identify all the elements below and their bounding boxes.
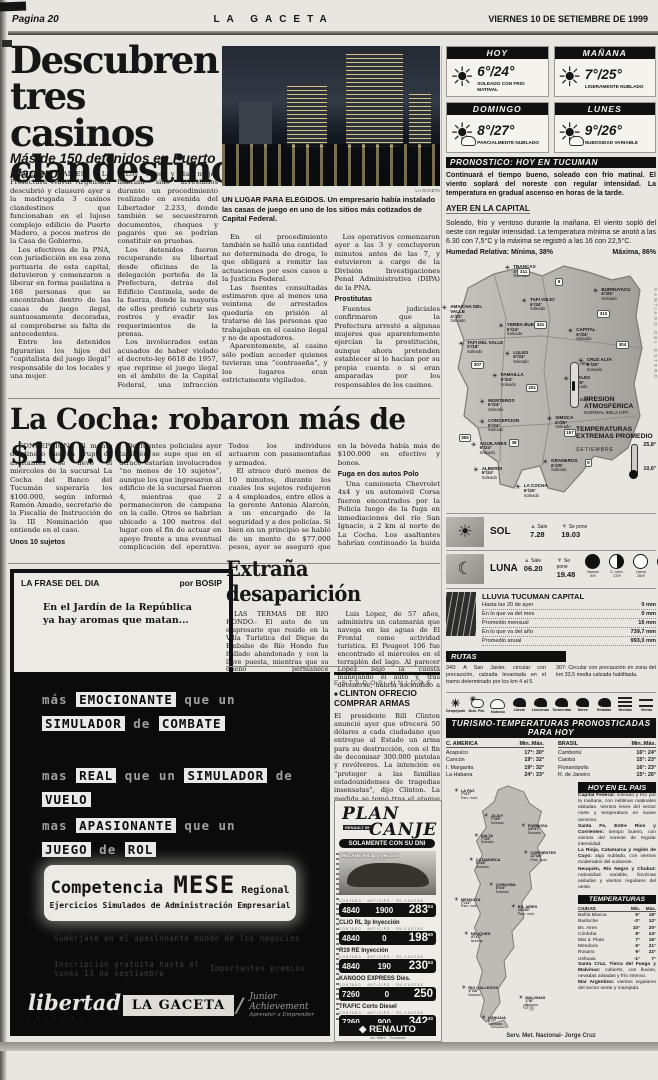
route-badge: 310 — [597, 310, 610, 318]
price-columns-microtext: CONTADO · ANTICIPO · EN CUOTAS — [339, 983, 436, 987]
forecast-card: MAÑANA ☀ 7°/25° LIGERAMENTE NUBLADO — [554, 46, 657, 97]
ayer-header: AYER EN LA CAPITAL — [446, 204, 530, 214]
sun-icon: ☀ — [521, 824, 526, 830]
forecast-condition: SOLEADO CON FRIO MATINAL — [477, 81, 544, 93]
forecast-temp: 9°/26° — [585, 123, 622, 138]
page-number: Pagina 20 — [12, 14, 59, 25]
temps-row: Bariloche-2°12° — [578, 918, 656, 924]
weather-icon — [555, 698, 568, 707]
renault-advertisement[interactable]: PLAN CANJE RENAULT 99 SOLAMENTE CON SU D… — [334, 800, 442, 1042]
forecast-temp: 7°/25° — [585, 67, 622, 82]
country-forecast-section: ☀ LA PAZ 7°/17° Parc. nubl. ☀ JUJUY 7°/2… — [446, 782, 656, 1028]
weather-column: HOY ☀ 6°/24° SOLEADO CON FRIO MATINAL MA… — [446, 46, 656, 1039]
sun-icon: ☀ — [484, 814, 489, 820]
price-bar: 7260 0 250 — [339, 987, 436, 1001]
moon-phase-icon — [633, 554, 648, 569]
legend-item: Viento — [637, 697, 656, 714]
sun-icon: ☀ — [546, 416, 552, 423]
ayer-text: Soleado, frío y ventoso durante la mañan… — [446, 219, 656, 246]
rain-photo-icon — [446, 592, 476, 636]
route-badge: 311 — [517, 268, 529, 276]
forecast-condition: PARCIALMENTE NUBLADO — [477, 140, 539, 146]
sun-icon: ☀ — [521, 298, 527, 305]
temps-row: Córdoba8°24° — [578, 931, 656, 937]
weather-icon — [618, 697, 632, 707]
brief-headline: CLINTON OFRECIO COMPRAR ARMAS — [334, 689, 440, 709]
section-rule — [8, 398, 440, 399]
price-bar: 4840 0 19860 — [339, 931, 436, 945]
price-rows: CONTADO · ANTICIPO · EN CUOTAS 4840 1900… — [339, 897, 436, 1029]
country-forecast-paragraphs: Capital Federal: soleado y frío por la m… — [578, 793, 656, 891]
ja-slash-icon: / — [236, 994, 243, 1017]
tourism-row: I. Margarita19°: 32° — [446, 763, 544, 771]
pronostico-text: Continuará el tiempo bueno, soleado con … — [446, 171, 656, 198]
ad-faint-line: Inscripción gratuita hasta el lunes 13 d… — [54, 960, 204, 978]
quote-box-header: LA FRASE DEL DIA por BOSIP — [21, 578, 222, 588]
cocha-body-columns: CONCEPCION.- El monto de dinero que un g… — [10, 442, 440, 559]
legend-item: Nieve — [573, 697, 592, 714]
tourism-row: La Habana24°: 33° — [446, 771, 544, 779]
article-paragraph: Las fuentes consultadas estimaron que al… — [222, 284, 328, 343]
article-paragraph: Prostitutas — [335, 295, 441, 304]
weather-icon — [448, 697, 463, 708]
temps-table: CIUDAD Mín. Máx. Bahía Blanca5°18° Baril — [578, 906, 656, 962]
forecast-card: DOMINGO ☀ 8°/27° PARCIALMENTE NUBLADO — [446, 102, 549, 153]
article-paragraph: Aparentemente, al casino sólo podían acc… — [222, 342, 328, 384]
legend-item: Tormentas — [552, 697, 571, 714]
map-city: ☀ MENDOZA 7°/21° Parc. nubl. — [461, 898, 501, 909]
moon-phase-icon — [585, 554, 600, 569]
route-badge: 9 — [585, 459, 593, 467]
forecast-temp: 6°/24° — [477, 64, 514, 79]
map-city: ☀ SALTA 7°/26° Soleado — [481, 834, 521, 845]
dealer-address: Av. Mitre - Tucumán — [335, 1035, 441, 1040]
temps-row: Bahía Blanca5°18° — [578, 912, 656, 918]
moon-phases: Nueva 9/9 C. crec. 17/9 Llena 25/9 — [585, 554, 658, 584]
ad-slogan-line: más EMOCIONANTE que unSIMULADOR de COMBA… — [42, 688, 312, 736]
route-badge: 301 — [526, 384, 539, 392]
price-columns-microtext: CONTADO · ANTICIPO · EN CUOTAS — [339, 1011, 436, 1015]
sun-icon: ☀ — [523, 851, 528, 857]
map-city: ☀ CORDOBA 8°/24° Soleado — [496, 883, 536, 894]
sun-icon: ☀ — [450, 120, 474, 147]
la-gaceta-logo: LA GACETA — [123, 995, 234, 1016]
forecast-day: LUNES — [555, 103, 656, 115]
sun-icon: ☀ — [471, 442, 477, 449]
sun-icon: ☀ — [515, 484, 521, 491]
rain-table-row: En lo que va del mes0 mm — [482, 610, 656, 619]
tourism-row: Camboriú16°: 24° — [558, 748, 656, 756]
article-paragraph: Los detenidos fueron recuperando su libe… — [118, 246, 219, 339]
route-badge: 304 — [616, 341, 629, 349]
ad-subtitle: Ejercicios Simulados de Administración E… — [44, 901, 296, 910]
sun-icon: ☀ — [511, 905, 516, 911]
article-paragraph: BUENOS AIRES.- La Prefectura Naval Argen… — [10, 170, 111, 246]
ad-faint-line: Importantes premios — [210, 964, 305, 973]
legend-item: Nuboso — [488, 697, 507, 714]
moon-phase: Nueva 9/9 — [585, 554, 600, 584]
model-name: CLIO RL 3p Inyección — [339, 919, 431, 926]
scan-edge-shadow — [0, 0, 7, 1080]
tourism-row: Florianópolis16°: 23° — [558, 763, 656, 771]
sun-icon: ☀ — [458, 341, 464, 348]
ad-title-regional: Regional — [235, 885, 289, 896]
pressure-gauge-icon — [570, 362, 579, 408]
weather-icon — [534, 698, 547, 707]
article-body-columns: En el procedimiento también se halló una… — [222, 233, 440, 396]
tucuman-map: ☀ TRANCAS 4°/24° Soleado ☀ BURRUYACU 6°/… — [446, 258, 656, 510]
rain-table-row: Promedio mensual16 mm — [482, 619, 656, 628]
article-paragraph: En el procedimiento también se halló una… — [222, 233, 328, 284]
humidity-line: Humedad Relativa: Mínima, 38% Máxima, 86… — [446, 249, 656, 256]
forecast-paragraph: La Rioja, Catamarca y región de Cuyo: al… — [578, 848, 656, 866]
masthead-rule — [8, 31, 658, 35]
map-city: ☀ BS. AIRES 10°/20° Parc. nubl. — [518, 905, 558, 916]
map-town: ☀ TAFI VIEJO 6°/24° Soleado — [530, 298, 576, 311]
temps-table-header: TEMPERATURAS — [578, 895, 656, 904]
map-town: ☀ FAMAILLA 6°/24° Soleado — [501, 373, 547, 386]
tourism-row: Cancún19°: 32° — [446, 756, 544, 764]
quote-of-the-day-box: LA FRASE DEL DIA por BOSIP En el Jardín … — [10, 569, 233, 676]
legend-item: Heladas — [595, 697, 614, 714]
building-shape — [239, 102, 272, 147]
legend-item: Nub. Par. — [467, 697, 486, 714]
price-columns-microtext: CONTADO · ANTICIPO · EN CUOTAS — [339, 899, 436, 903]
rain-table-row: En lo que va del año739,7 mm — [482, 628, 656, 637]
map-city: ☀ CATAMARCA 9°/28° Soleado — [476, 858, 516, 869]
map-city: ☀ NEUQUEN 4°/17° Nuboso — [471, 932, 511, 943]
sun-icon: ☀ — [558, 120, 582, 147]
route-badge: 9 — [555, 278, 563, 286]
weather-source: Serv. Met. Nacional- Jorge Cruz — [446, 1033, 656, 1039]
sun-icon: ☀ — [454, 898, 459, 904]
model-name: KANGOO EXPRESS Dies. — [339, 975, 431, 982]
ad-logos-row: libertad· · · · · · · LA GACETA / Junior… — [28, 990, 314, 1020]
forecast-cards: HOY ☀ 6°/24° SOLEADO CON FRIO MATINAL MA… — [446, 46, 656, 153]
weather-icon — [490, 699, 505, 709]
map-city: ☀ MALVINAS 1°/6° Nuboso — [525, 996, 565, 1007]
forecast-paragraph: Santa Cruz, Tierra del Fuego y Malvinas:… — [578, 962, 656, 980]
photo-caption: UN LUGAR PARA ELEGIDOS. Un empresario ha… — [222, 195, 440, 224]
country-forecast-header: HOY EN EL PAIS — [578, 782, 656, 793]
forecast-paragraph: Santa Fe, Entre Ríos y Corrientes: tiemp… — [578, 824, 656, 849]
map-town: ☀ CRUZ ALTA 6°/25° Soleado — [587, 358, 633, 371]
junior-achievement-logo: / Junior Achievement Aprender a Emprende… — [236, 992, 314, 1019]
forecast-paragraph: Mar Argentino: vientos regulares del sec… — [578, 980, 656, 992]
city-night-photo — [222, 46, 440, 186]
forecast-paragraph: Capital Federal: soleado y frío por la m… — [578, 793, 656, 824]
forecast-temp: 8°/27° — [477, 123, 514, 138]
map-city: ☀ CORRIENTES 12°/26° Parc. nubl. — [530, 851, 570, 862]
tourism-header: TURISMO-TEMPERATURAS PRONOSTICADAS PARA … — [446, 718, 656, 738]
legend-item: Nieblas — [616, 697, 635, 714]
sun-photo-icon: ☀ — [446, 517, 484, 547]
sun-icon: ☀ — [450, 64, 474, 91]
map-town: ☀ ALBERDI 6°/24° Soleado — [482, 467, 528, 480]
tourism-row: Caiobá15°: 23° — [558, 756, 656, 764]
legend-item: Lluvia — [510, 697, 529, 714]
pronostico-header: PRONOSTICO: HOY EN TUCUMAN — [446, 157, 656, 168]
article-paragraph: Fuga en dos autos Polo — [338, 470, 440, 479]
sun-icon: ☀ — [558, 64, 582, 91]
photo-credit: LA GACETA — [222, 188, 440, 193]
legend-item: Despejado — [446, 697, 465, 714]
sun-icon: ☀ — [441, 305, 447, 312]
sun-icon: ☀ — [481, 1016, 486, 1022]
plan-canje-title2: CANJE — [369, 820, 437, 840]
model-name: R19 RE Inyección — [339, 947, 431, 954]
article-paragraph: Unos 10 sujetos — [10, 538, 112, 547]
route-badge: 38 — [509, 439, 519, 447]
price-columns-microtext: CONTADO · ANTICIPO · EN CUOTAS — [339, 927, 436, 931]
car-photo: MEGANE RN 3p Inyección — [339, 851, 436, 895]
scan-mark — [0, 2, 26, 12]
forecast-card: HOY ☀ 6°/24° SOLEADO CON FRIO MATINAL — [446, 46, 549, 97]
sun-icon: ☀ — [489, 883, 494, 889]
desaparicion-headline: Extraña desaparición — [226, 556, 425, 606]
forecast-condition: LIGERAMENTE NUBLADO — [585, 84, 644, 90]
sun-icon: ☀ — [504, 351, 510, 358]
pressure-legend: Alta Baja PRESION ATMOSFERICA NORMAL 965… — [584, 396, 656, 416]
weather-icon — [513, 698, 526, 707]
sun-icon: ☀ — [563, 376, 569, 383]
weather-icon-legend: Despejado Nub. Par. Nuboso Lluvia — [446, 692, 656, 714]
brief-top-rule — [334, 672, 440, 675]
quote-text: En el Jardín de la República ya hay arom… — [43, 601, 193, 628]
rain-table-row: Promedio anual993,0 mm — [482, 637, 656, 646]
brief-kicker: ESTADOS UNIDOS — [334, 680, 440, 687]
building-shape — [346, 54, 403, 146]
map-town: ☀ CAPITAL 6°/24° Soleado — [576, 328, 622, 341]
quote-box-title: LA FRASE DEL DIA — [21, 578, 99, 588]
tourism-table: C. AMERICAMín.:Máx. Acapulco17°: 30°Canc… — [446, 741, 656, 778]
newspaper-page: Pagina 20 LA GACETA VIERNES 10 DE SETIEM… — [0, 0, 658, 1080]
weather-icon — [639, 699, 653, 707]
route-badge: 157 — [564, 429, 577, 437]
sun-icon: ☀ — [473, 467, 479, 474]
ad-slogan-line: mas REAL que un SIMULADOR de VUELO — [42, 764, 312, 812]
country-forecast-paragraphs: Santa Cruz, Tierra del Fuego y Malvinas:… — [578, 962, 656, 993]
price-columns-microtext: CONTADO · ANTICIPO · EN CUOTAS — [339, 955, 436, 959]
sun-icon: ☀ — [461, 986, 466, 992]
rain-table-rows: Hasta las 20 de ayer0 mm En lo que va de… — [482, 601, 656, 646]
water-reflections — [222, 144, 440, 186]
map-town: ☀ MONTEROS 6°/24° Soleado — [488, 399, 534, 412]
tourism-row: R. de Janeiro15°: 26° — [558, 771, 656, 779]
extreme-temps-legend: TEMPERATURAS EXTREMAS PROMEDIO SETIEMBRE… — [576, 426, 656, 453]
temps-row: Mar d. Plata7°16° — [578, 937, 656, 943]
weather-icon — [469, 697, 484, 708]
rain-table-title: LLUVIA TUCUMAN CAPITAL — [482, 592, 656, 601]
libertad-logo: libertad· · · · · · · — [28, 990, 121, 1020]
forecast-day: HOY — [447, 47, 548, 59]
article-paragraph: Los efectivos de la PNA, con jurisdicció… — [10, 246, 111, 339]
article-paragraph: CONCEPCION.- El monto de dinero que un g… — [10, 442, 112, 535]
map-city: ☀ LA PAZ 7°/17° Parc. nubl. — [461, 789, 501, 800]
quote-box-byline: por BOSIP — [179, 578, 222, 588]
argentina-map: ☀ LA PAZ 7°/17° Parc. nubl. ☀ JUJUY 7°/2… — [446, 782, 570, 1028]
article-paragraph: Fuentes judiciales confirmaron que la Pr… — [335, 305, 441, 389]
ad-title-competencia: Competencia — [51, 878, 174, 898]
sun-icon: ☀ — [542, 459, 548, 466]
sun-icon: ☀ — [504, 265, 510, 272]
route-badge: 365 — [459, 434, 472, 442]
price-bar: 4840 190 23063 — [339, 959, 436, 973]
moon-phase-icon — [609, 554, 624, 569]
sun-icon: ☀ — [498, 323, 504, 330]
desaparicion-article: Extraña desaparición LAS TERMAS DE RIO H… — [226, 556, 440, 691]
sun-icon: ☀ — [492, 373, 498, 380]
temps-row: Bs. Aires10°20° — [578, 924, 656, 930]
moon-times-row: ☾ LUNA ▲ Sale06.20 ▼ Se pone19.48 Nueva … — [446, 550, 656, 584]
tourism-row: Acapulco17°: 30° — [446, 748, 544, 756]
article-paragraph: Los operativos comenzaron ayer a las 3 y… — [335, 233, 441, 292]
newspaper-title: LA GACETA — [213, 14, 333, 25]
article-body-columns: BUENOS AIRES.- La Prefectura Naval Argen… — [10, 170, 218, 396]
sun-icon: ☀ — [592, 288, 598, 295]
map-town: ☀ BURRUYACU 6°/25° Soleado — [601, 288, 647, 301]
mese-advertisement[interactable]: más EMOCIONANTE que unSIMULADOR de COMBA… — [10, 672, 330, 1036]
map-city: ☀ FORMOSA 14°/27° Soleado — [528, 824, 568, 835]
moon-phase: Llena 25/9 — [633, 554, 648, 584]
map-town: ☀ LULES 6°/24° Soleado — [513, 351, 559, 364]
map-town: ☀ CONCEPCION 6°/24° Soleado — [488, 419, 534, 432]
forecast-day: DOMINGO — [447, 103, 548, 115]
ad-title-box: Competencia MESE Regional Ejercicios Sim… — [44, 865, 296, 921]
ad-slogan-line: mas APASIONANTE que unJUEGO de ROL — [42, 814, 312, 862]
legend-item: Lloviznas — [531, 697, 550, 714]
routes-header: RUTAS — [446, 651, 566, 662]
rain-table-row: Hasta las 20 de ayer0 mm — [482, 601, 656, 610]
renault-brand-chip: RENAULT 99 — [343, 825, 371, 830]
sun-icon: ☀ — [454, 789, 459, 795]
route-badge: 307 — [471, 361, 484, 369]
edition-date: VIERNES 10 DE SETIEMBRE DE 1999 — [488, 14, 648, 24]
sun-icon: ☀ — [464, 932, 469, 938]
forecast-day: MAÑANA — [555, 47, 656, 59]
rain-table-section: LLUVIA TUCUMAN CAPITAL Hasta las 20 de a… — [446, 588, 656, 646]
building-shape — [287, 85, 326, 147]
moon-photo-icon: ☾ — [446, 554, 484, 584]
temps-row: Mendoza6°21° — [578, 943, 656, 949]
ad-title-mese: MESE — [173, 871, 235, 899]
building-shape — [409, 94, 431, 147]
article-paragraph: Entre los detenidos figurarían los hijos… — [10, 338, 111, 380]
sun-icon: ☀ — [474, 834, 479, 840]
masthead: Pagina 20 LA GACETA VIERNES 10 DE SETIEM… — [12, 14, 648, 25]
route-badge: 341 — [534, 321, 547, 329]
model-name: TRAFIC Corto Diesel — [339, 1003, 431, 1010]
map-city: ☀ USHUAIA 0°/7° Nevadas — [488, 1016, 528, 1027]
map-city: ☀ RIO GALLEGOS 1°/10° Nuboso — [468, 986, 508, 997]
sun-icon: ☀ — [567, 328, 573, 335]
weather-icon — [598, 698, 611, 707]
forecast-card: LUNES ☀ 9°/26° NUBOSIDAD VARIABLE — [554, 102, 657, 153]
sun-times-row: ☀ SOL ▲ Sale7.28 ▼ Se pone19.03 — [446, 513, 656, 547]
sun-icon: ☀ — [479, 399, 485, 406]
thermometer-icon — [631, 444, 638, 476]
map-town: ☀ AMAICHA DEL VALLE 4°/23° Soleado — [450, 305, 496, 323]
section-rule — [226, 666, 440, 667]
forecast-condition: NUBOSIDAD VARIABLE — [585, 140, 638, 146]
routes-text: 340: A San Javier, circular con precauci… — [446, 665, 656, 686]
temps-row: Rosario9°22° — [578, 949, 656, 955]
car-silhouette — [347, 863, 429, 887]
forecast-paragraph: Neuquén, Río Negro y Chubut: nubosidad v… — [578, 867, 656, 892]
car-model-label: MEGANE RN 3p Inyección — [341, 853, 398, 858]
map-town: ☀ LA COCHA 6°/25° Soleado — [524, 484, 570, 497]
sun-icon: ☀ — [479, 419, 485, 426]
border-province-label: SANTIAGO DEL ESTERO — [653, 288, 658, 380]
dni-banner: SOLAMENTE CON SU DNI — [339, 839, 435, 848]
sun-icon: ☀ — [469, 858, 474, 864]
ad-faint-line: Sumérjase en el apasionante mundo de los… — [54, 934, 300, 943]
scan-footer-band — [0, 1042, 658, 1051]
price-bar: 4840 1900 28353 — [339, 903, 436, 917]
moon-phase: C. crec. 17/9 — [609, 554, 624, 584]
sun-icon: ☀ — [518, 996, 523, 1002]
weather-icon — [576, 698, 589, 707]
article-paragraph: Los hijos y la mujer habrían sido arrest… — [118, 170, 219, 246]
